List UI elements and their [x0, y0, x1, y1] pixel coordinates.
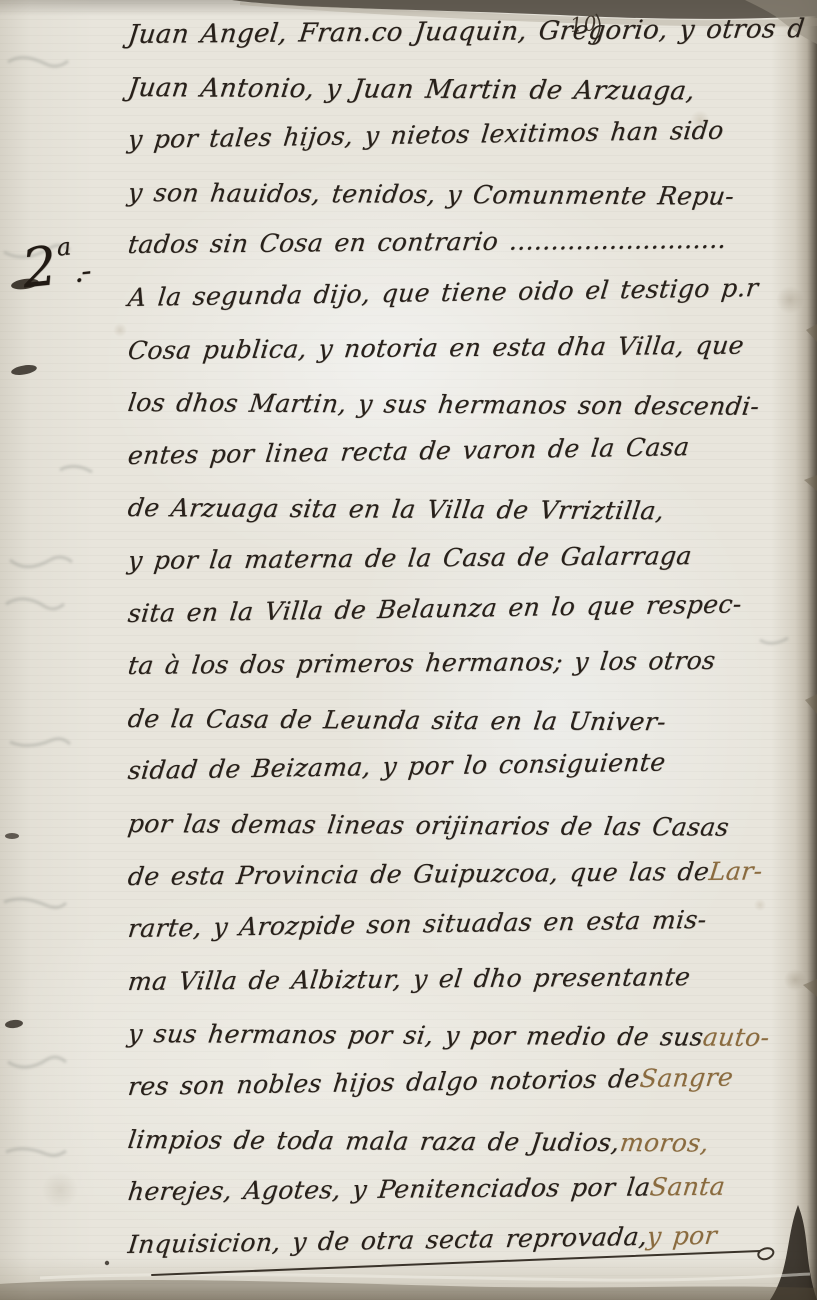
manuscript-line-faded-text: moros,	[618, 1128, 711, 1159]
ink-smudges	[5, 277, 110, 1265]
manuscript-line-text: y sus hermanos por si, y por medio de su…	[126, 1019, 705, 1052]
manuscript-line-faded-text: y por	[646, 1221, 719, 1252]
manuscript-line-text: y son hauidos, tenidos, y Comunmente Rep…	[126, 178, 736, 212]
manuscript-text-block: Juan Angel, Fran.co Juaquin, Gregorio, y…	[128, 0, 813, 1300]
manuscript-line: ta à los dos primeros hermanos; y los ot…	[128, 646, 716, 681]
manuscript-line: herejes, Agotes, y Penitenciados por la …	[128, 1172, 726, 1207]
manuscript-line-text: Inquisicion, y de otra secta reprovada,	[126, 1222, 649, 1260]
manuscript-line-text: rarte, y Arozpide son situadas en esta m…	[126, 905, 708, 944]
manuscript-line-faded-text: Sangre	[638, 1062, 734, 1094]
manuscript-line-text: ta à los dos primeros hermanos; y los ot…	[126, 646, 717, 681]
manuscript-line: Inquisicion, y de otra secta reprovada, …	[128, 1221, 718, 1260]
manuscript-line-faded-text: Lar-	[708, 856, 765, 886]
manuscript-line-text: de esta Provincia de Guipuzcoa, que las …	[126, 857, 711, 892]
manuscript-line: sita en la Villa de Belaunza en lo que r…	[128, 589, 742, 629]
manuscript-line-text: sidad de Beizama, y por lo consiguiente	[126, 748, 667, 786]
manuscript-line-text: res son nobles hijos dalgo notorios de	[126, 1064, 641, 1102]
manuscript-line: limpios de toda mala raza de Judios, mor…	[128, 1125, 709, 1159]
manuscript-line-text: Juan Antonio, y Juan Martin de Arzuaga,	[126, 73, 697, 106]
manuscript-line: y por tales hijos, y nietos lexitimos ha…	[128, 116, 724, 155]
manuscript-line: y por la materna de la Casa de Galarraga	[128, 541, 692, 576]
manuscript-line-text: herejes, Agotes, y Penitenciados por la	[126, 1173, 652, 1208]
margin-note-superscript: a	[55, 232, 72, 261]
manuscript-line-text: de Arzuaga sita en la Villa de Vrriztill…	[126, 493, 666, 526]
manuscript-line: rarte, y Arozpide son situadas en esta m…	[128, 905, 707, 944]
manuscript-line: los dhos Martin, y sus hermanos son desc…	[128, 388, 759, 422]
margin-note-dash: .-	[72, 254, 91, 290]
manuscript-line-text: Juan Angel, Fran.co Juaquin, Gregorio, y…	[126, 14, 806, 50]
margin-note-number: 2	[19, 234, 60, 300]
manuscript-line: y sus hermanos por si, y por medio de su…	[128, 1019, 770, 1053]
manuscript-line-text: por las demas lineas orijinarios de las …	[126, 809, 731, 843]
manuscript-line-text: y por la materna de la Casa de Galarraga	[126, 541, 693, 576]
manuscript-line-text: y por tales hijos, y nietos lexitimos ha…	[126, 116, 725, 155]
manuscript-line-text: limpios de toda mala raza de Judios,	[126, 1125, 622, 1158]
margin-note-question-2: 2a.-	[19, 233, 91, 297]
manuscript-line: res son nobles hijos dalgo notorios de S…	[128, 1062, 733, 1102]
manuscript-line: por las demas lineas orijinarios de las …	[128, 809, 729, 843]
manuscript-line: Cosa publica, y notoria en esta dha Vill…	[128, 330, 744, 365]
manuscript-line: Juan Angel, Fran.co Juaquin, Gregorio, y…	[128, 14, 805, 50]
manuscript-line-text: de la Casa de Leunda sita en la Univer-	[126, 704, 668, 737]
manuscript-line: entes por linea recta de varon de la Cas…	[128, 432, 690, 471]
manuscript-line: y son hauidos, tenidos, y Comunmente Rep…	[128, 178, 734, 212]
manuscript-line: de la Casa de Leunda sita en la Univer-	[128, 704, 666, 737]
manuscript-line: A la segunda dijo, que tiene oido el tes…	[128, 273, 759, 313]
manuscript-line-text: ma Villa de Albiztur, y el dho presentan…	[126, 962, 692, 997]
manuscript-line-text: los dhos Martin, y sus hermanos son desc…	[126, 388, 761, 422]
manuscript-line: ma Villa de Albiztur, y el dho presentan…	[128, 962, 691, 997]
manuscript-line: de Arzuaga sita en la Villa de Vrriztill…	[128, 493, 664, 526]
manuscript-line-text: tados sin Cosa en contrario ............…	[126, 225, 728, 260]
manuscript-line-text: sita en la Villa de Belaunza en lo que r…	[126, 589, 743, 629]
manuscript-page: 10 2a.- Juan Angel, Fran.co Juaquin, Gre…	[0, 0, 817, 1300]
manuscript-line-faded-text: auto-	[701, 1023, 771, 1053]
manuscript-line-faded-text: Santa	[649, 1172, 728, 1203]
manuscript-line-text: Cosa publica, y notoria en esta dha Vill…	[126, 330, 745, 365]
manuscript-line: Juan Antonio, y Juan Martin de Arzuaga,	[128, 73, 695, 106]
manuscript-line: sidad de Beizama, y por lo consiguiente	[128, 748, 666, 786]
manuscript-line: tados sin Cosa en contrario ............…	[128, 225, 727, 260]
manuscript-line-text: entes por linea recta de varon de la Cas…	[126, 432, 691, 471]
manuscript-line-text: A la segunda dijo, que tiene oido el tes…	[126, 273, 759, 313]
manuscript-line: de esta Provincia de Guipuzcoa, que las …	[128, 856, 763, 892]
